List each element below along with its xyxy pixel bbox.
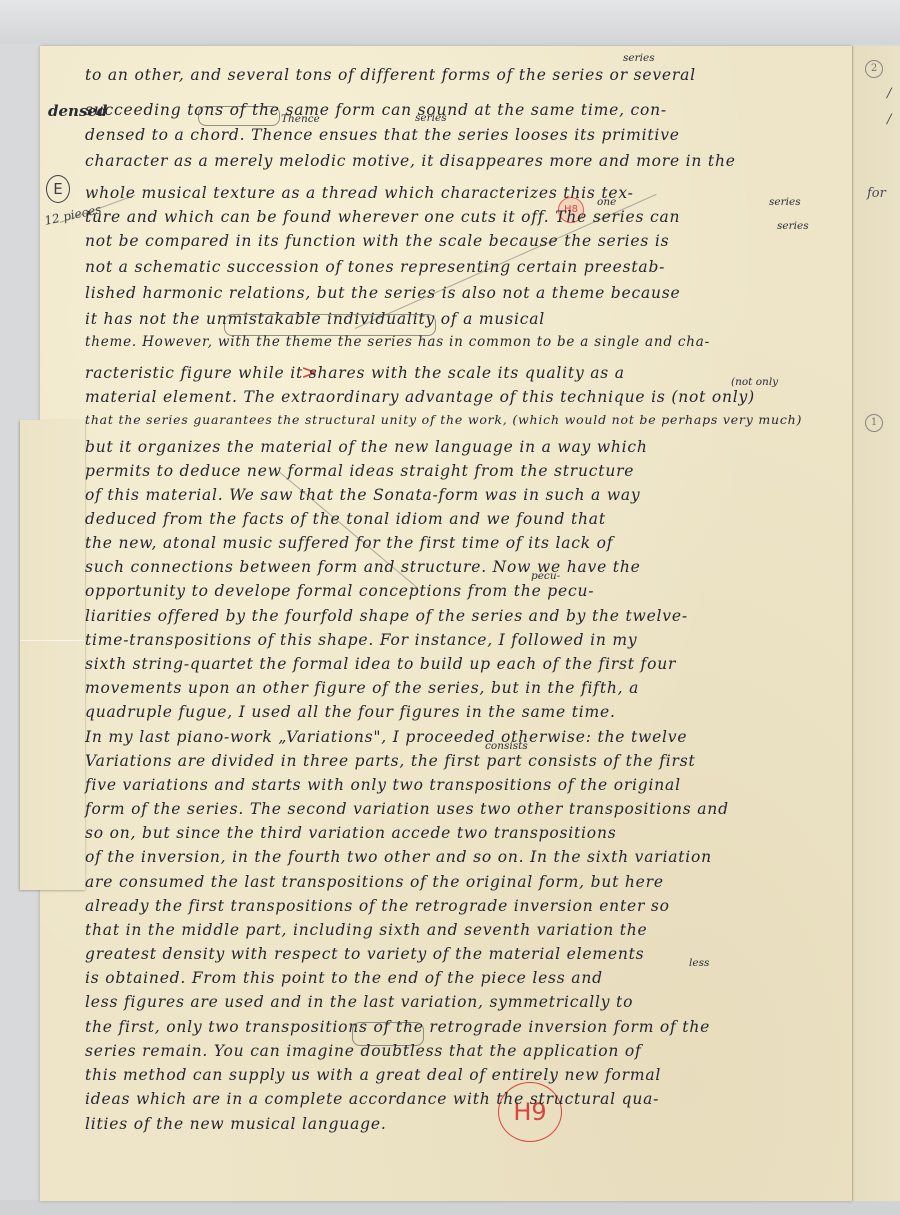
text-line: permits to deduce new formal ideas strai… [85,462,634,480]
text-line: this method can supply us with a great d… [85,1066,661,1084]
interlinear-insert: consists [485,740,528,752]
text-line: so on, but since the third variation acc… [85,824,616,842]
text-line: form of the series. The second variation… [85,800,729,818]
text-line: succeeding tons of the same form can sou… [85,101,667,119]
interlinear-insert: series [623,52,655,64]
text-line: densed to a chord. Thence ensues that th… [85,126,680,144]
adjacent-circled-number-2: 2 [865,60,883,78]
text-line: not be compared in its function with the… [85,232,669,250]
text-line: to an other, and several tons of differe… [85,66,696,84]
text-line: sixth string-quartet the formal idea to … [85,655,676,673]
interlinear-insert: less [689,957,709,969]
text-line: In my last piano-work „Variations", I pr… [85,728,687,746]
text-line: it has not the unmistakable individualit… [85,310,545,328]
text-line: greatest density with respect to variety… [85,945,644,963]
scanner-background-top [0,0,900,44]
text-line: theme. However, with the theme the serie… [85,334,710,350]
text-line: the first, only two transpositions of th… [85,1018,710,1036]
text-line: Variations are divided in three parts, t… [85,752,695,770]
interlinear-insert: (not only [731,376,778,388]
text-line: character as a merely melodic motive, it… [85,152,736,170]
adjacent-text-fragment: / [887,86,891,101]
text-line: racteristic figure while it shares with … [85,364,625,382]
text-line: deduced from the facts of the tonal idio… [85,510,606,528]
text-line: ture and which can be found wherever one… [85,208,680,226]
text-line: are consumed the last transpositions of … [85,873,664,891]
text-line: material element. The extraordinary adva… [85,388,755,406]
text-line: opportunity to develope formal conceptio… [85,582,594,600]
text-line: but it organizes the material of the new… [85,438,648,456]
text-line: less figures are used and in the last va… [85,993,633,1011]
text-line: lished harmonic relations, but the serie… [85,284,681,302]
text-line: movements upon an other figure of the se… [85,679,639,697]
scanner-background-bottom [0,1200,900,1215]
interlinear-insert: series [769,196,801,208]
text-line: that in the middle part, including sixth… [85,921,648,939]
text-line: of this material. We saw that the Sonata… [85,486,640,504]
text-line: is obtained. From this point to the end … [85,969,603,987]
interlinear-insert: series [777,220,809,232]
text-line: liarities offered by the fourfold shape … [85,607,688,625]
interlinear-insert: series [415,112,447,124]
text-line: quadruple fugue, I used all the four fig… [85,703,616,721]
text-line: lities of the new musical language. [85,1115,387,1133]
adjacent-text-fragment: / [887,112,891,127]
adjacent-page: 2 / / for 1 [852,46,900,1201]
text-line: ideas which are in a complete accordance… [85,1090,659,1108]
text-line: not a schematic succession of tones repr… [85,258,665,276]
text-line: five variations and starts with only two… [85,776,681,794]
text-line: of the inversion, in the fourth two othe… [85,848,712,866]
interlinear-insert: pecu- [531,570,560,582]
adjacent-text-for: for [867,186,886,201]
circled-section-letter: E [46,175,70,203]
interlinear-insert: Thence [281,113,320,125]
text-line: the new, atonal music suffered for the f… [85,534,613,552]
adjacent-circled-number-1: 1 [865,414,883,432]
text-line: already the first transpositions of the … [85,897,670,915]
text-line: series remain. You can imagine doubtless… [85,1042,642,1060]
pasted-paper-strip [20,420,86,890]
text-line: whole musical texture as a thread which … [85,184,634,202]
text-line: time-transpositions of this shape. For i… [85,631,637,649]
interlinear-insert: one [597,196,616,208]
text-line: that the series guarantees the structura… [85,412,802,427]
